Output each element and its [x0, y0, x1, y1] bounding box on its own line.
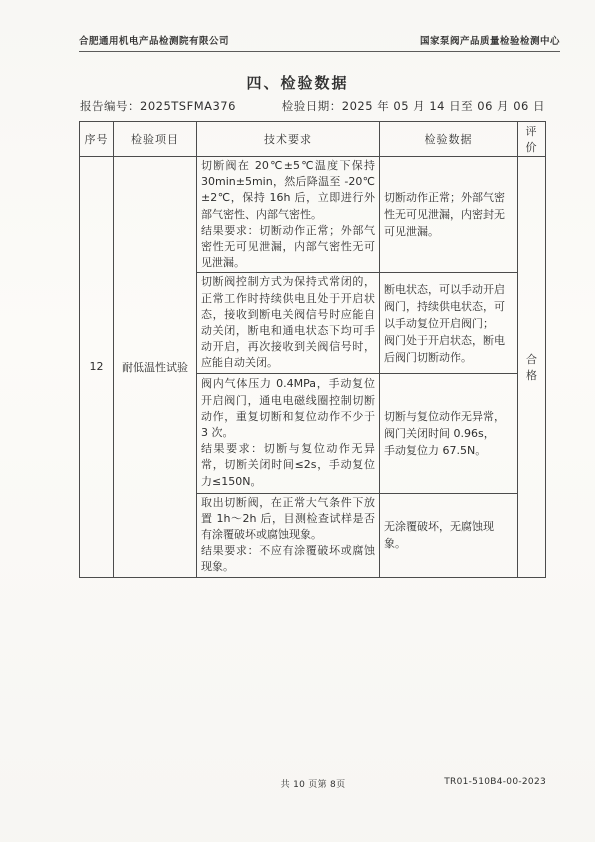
report-page: 合肥通用机电产品检测院有限公司 国家泵阀产品质量检验检测中心 四、检验数据 报告…: [0, 0, 595, 842]
col-header-item: 检验项目: [114, 122, 197, 157]
inspection-date-value: 2025 年 05 月 14 日至 06 月 06 日: [342, 99, 545, 113]
cell-requirement-3: 阀内气体压力 0.4MPa，手动复位开启阀门，通电电磁线圈控制切断动作，重复切断…: [197, 373, 380, 493]
table-row: 12 耐低温性试验 切断阀在 20℃±5℃温度下保持 30min±5min，然后…: [80, 157, 546, 273]
report-meta: 报告编号：2025TSFMA376 检验日期：2025 年 05 月 14 日至…: [80, 98, 545, 114]
report-number-value: 2025TSFMA376: [140, 99, 236, 113]
cell-requirement-1: 切断阀在 20℃±5℃温度下保持 30min±5min，然后降温至 -20℃±2…: [197, 157, 380, 273]
table-header-row: 序号 检验项目 技术要求 检验数据 评价: [80, 122, 546, 157]
running-header: 合肥通用机电产品检测院有限公司 国家泵阀产品质量检验检测中心: [79, 33, 560, 52]
cell-requirement-4: 取出切断阀，在正常大气条件下放置 1h～2h 后，目测检查试样是否有涂覆破坏或腐…: [197, 493, 380, 577]
col-header-seq: 序号: [80, 122, 114, 157]
section-title: 四、检验数据: [0, 72, 595, 93]
cell-data-4: 无涂覆破坏，无腐蚀现象。: [380, 493, 518, 577]
cell-data-2: 断电状态，可以手动开启阀门，持续供电状态，可以手动复位开启阀门； 阀门处于开启状…: [380, 273, 518, 373]
inspection-date-label: 检验日期：: [282, 99, 342, 113]
col-header-verdict: 评价: [518, 122, 546, 157]
inspection-data-table: 序号 检验项目 技术要求 检验数据 评价 12 耐低温性试验 切断阀在 20℃±…: [79, 121, 546, 578]
cell-data-3: 切断与复位动作无异常， 阀门关闭时间 0.96s， 手动复位力 67.5N。: [380, 373, 518, 493]
company-name-left: 合肥通用机电产品检测院有限公司: [79, 33, 229, 47]
col-header-data: 检验数据: [380, 122, 518, 157]
report-number: 报告编号：2025TSFMA376: [80, 98, 236, 114]
cell-requirement-2: 切断阀控制方式为保持式常闭的，正常工作时持续供电且处于开启状态，接收到断电关阀信…: [197, 273, 380, 373]
report-number-label: 报告编号：: [80, 99, 140, 113]
company-name-right: 国家泵阀产品质量检验检测中心: [420, 33, 560, 47]
cell-verdict: 合格: [518, 157, 546, 578]
col-header-requirement: 技术要求: [197, 122, 380, 157]
document-code: TR01-510B4-00-2023: [444, 777, 546, 787]
cell-sequence-no: 12: [80, 157, 114, 578]
cell-data-1: 切断动作正常；外部气密性无可见泄漏，内密封无可见泄漏。: [380, 157, 518, 273]
cell-test-item: 耐低温性试验: [114, 157, 197, 578]
inspection-date: 检验日期：2025 年 05 月 14 日至 06 月 06 日: [282, 98, 545, 114]
